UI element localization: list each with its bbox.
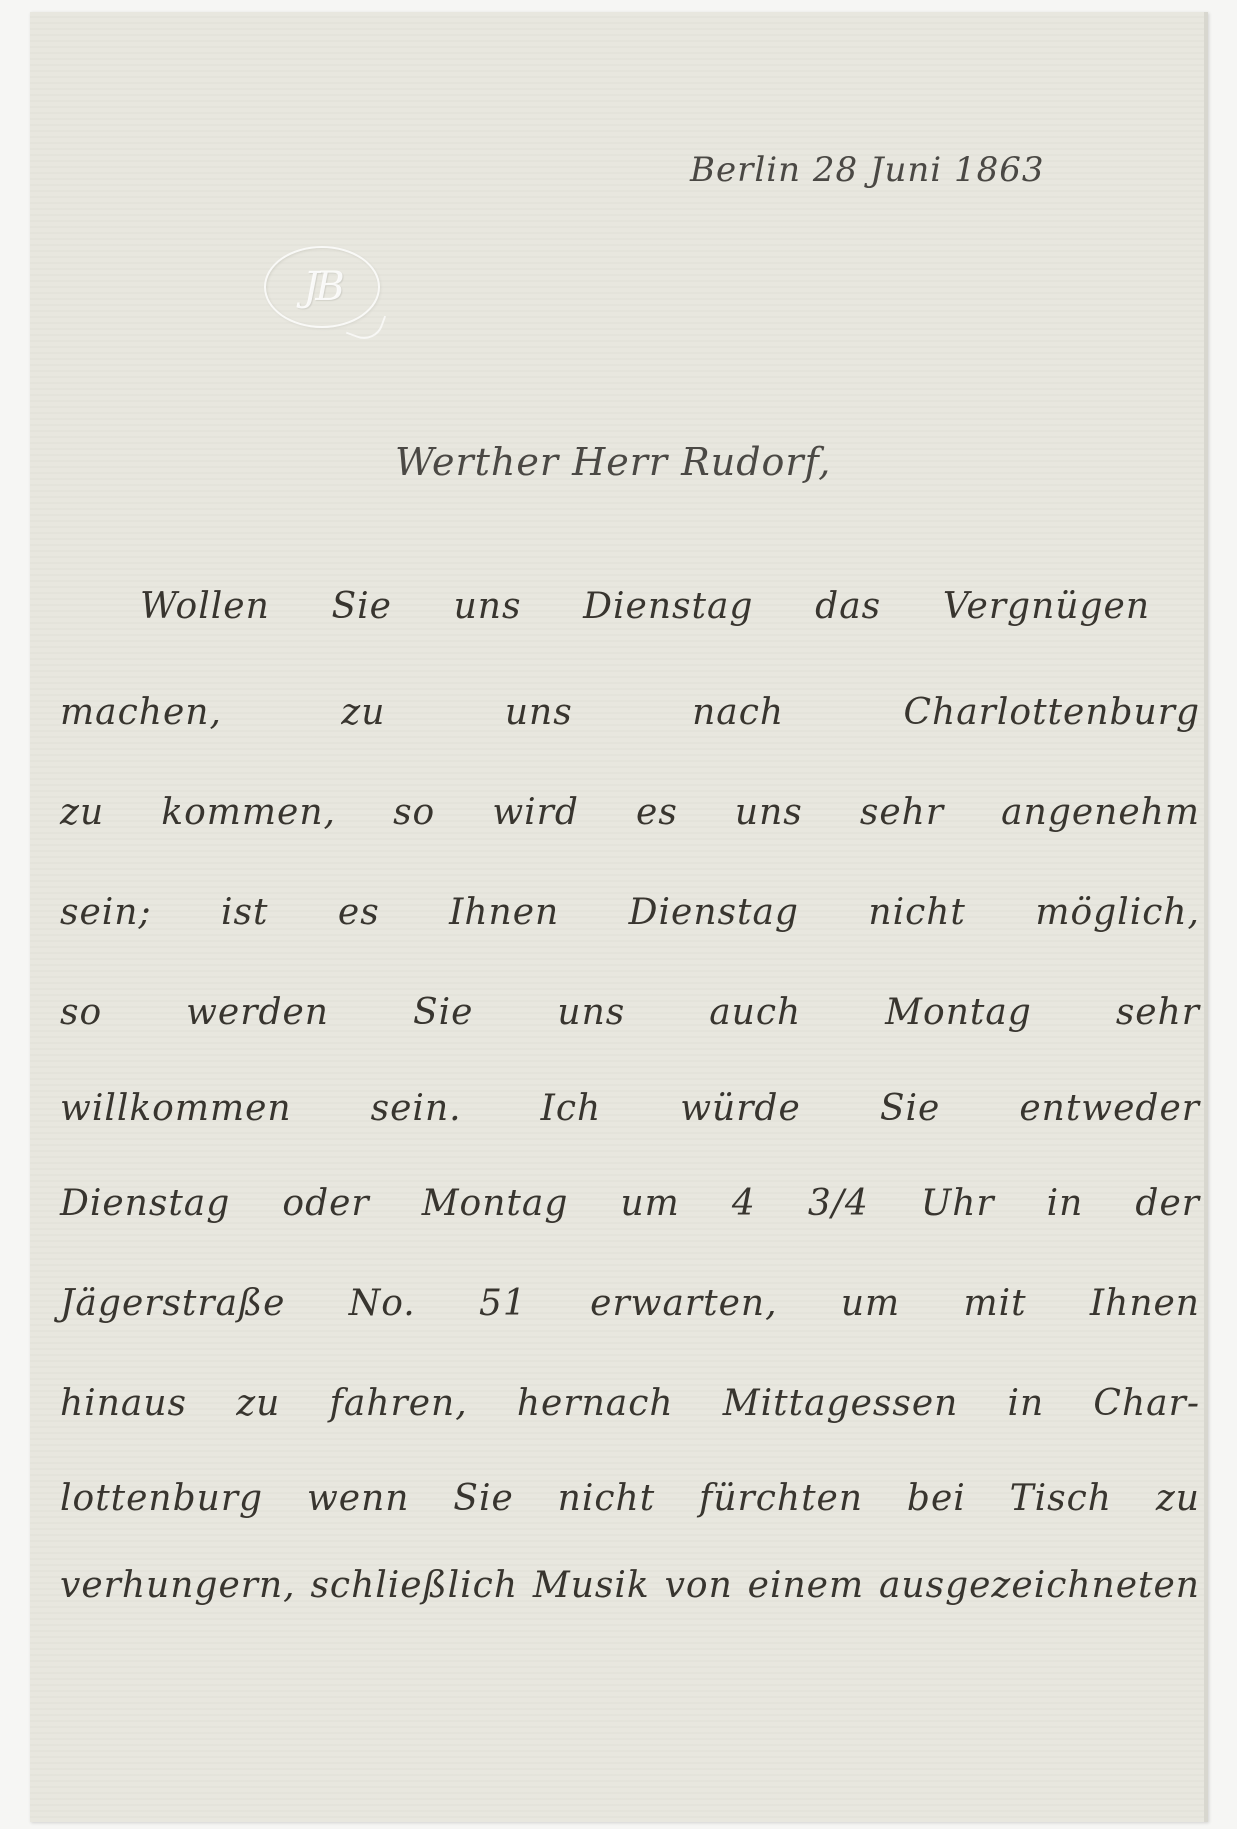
letter-body-line: machen, zu uns nach Charlottenburg [60,692,1200,733]
letter-body-line: verhungern, schließlich Musik von einem … [60,1565,1200,1606]
letter-body-line: zu kommen, so wird es uns sehr angenehm [60,792,1200,833]
letter-salutation: Werther Herr Rudorf, [395,440,831,484]
sheet-edge [1204,12,1208,1822]
letter-body-line: hinaus zu fahren, hernach Mittagessen in… [60,1383,1200,1424]
letter-body-line: Wollen Sie uns Dienstag das Vergnügen [140,586,1150,627]
letter-body-line: so werden Sie uns auch Montag sehr [60,992,1200,1033]
letter-body-line: Dienstag oder Montag um 4 3/4 Uhr in der [60,1183,1200,1224]
letter-body-line: willkommen sein. Ich würde Sie entweder [60,1088,1200,1129]
letter-body-line: sein; ist es Ihnen Dienstag nicht möglic… [60,892,1200,933]
letter-body-line: Jägerstraße No. 51 erwarten, um mit Ihne… [60,1283,1200,1324]
letter-body-line: lottenburg wenn Sie nicht fürchten bei T… [60,1478,1200,1519]
monogram-text: JB [303,264,340,310]
letter-dateline: Berlin 28 Juni 1863 [690,150,1045,190]
